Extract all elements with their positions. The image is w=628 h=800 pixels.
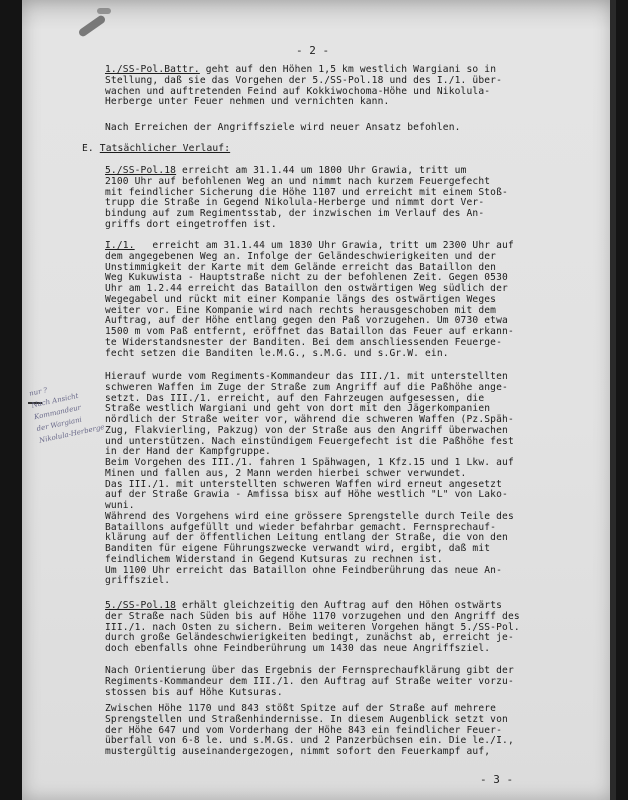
text-line: te Widerstandsnester der Banditen. Bei d… <box>105 337 502 348</box>
text-line: Während des Vorgehens wird eine grössere… <box>105 511 514 522</box>
text-line: dem angegebenen Weg an. Infolge der Gelä… <box>105 251 496 262</box>
text-line: überfall von 6-8 le. und s.M.Gs. und 2 P… <box>105 735 514 746</box>
page-number-top: - 2 - <box>296 44 329 57</box>
ink-smudge <box>77 14 106 38</box>
text-line: Bataillons aufgefüllt und wieder befahrb… <box>105 522 496 533</box>
text-line: Hierauf wurde vom Regiments-Kommandeur d… <box>105 371 508 382</box>
text-line: schweren Waffen im Zuge der Straße zum A… <box>105 382 508 393</box>
ink-smudge <box>97 8 111 14</box>
handwritten-margin-note: nur ?Nach AnsichtKommandeurder WargianiN… <box>28 373 109 446</box>
text-line: mustergültig auseinandergezogen, nimmt s… <box>105 746 490 757</box>
text-line: 1./SS-Pol.Battr. geht auf den Höhen 1,5 … <box>105 64 496 75</box>
text-line: doch ebenfalls ohne Feindberührung um 14… <box>105 643 490 654</box>
text-line: nördlich der Straße weiter vor, während … <box>105 414 514 425</box>
text-line: Minen und fallen aus, 2 Mann werden hier… <box>105 468 466 479</box>
text-line: feindlichem Widerstand in Gegend Kutsura… <box>105 554 443 565</box>
text-line: klärung auf der öffentlichen Leitung ent… <box>105 532 508 543</box>
text-line: in der Hand der Kampfgruppe. <box>105 446 271 457</box>
text-line: Nach Orientierung über das Ergebnis der … <box>105 665 514 676</box>
text-line: I./1. erreicht am 31.1.44 um 1830 Uhr Gr… <box>105 240 514 251</box>
text-line: Wegegabel und rückt mit einer Kompanie l… <box>105 294 496 305</box>
text-line: wachen und auftretenden Feind auf Kokkiw… <box>105 86 490 97</box>
text-line: Unstimmigkeit der Karte mit dem Gelände … <box>105 262 496 273</box>
unit-label: 5./SS-Pol.18 <box>105 600 176 611</box>
text-line: bindung auf zum Regimentsstab, der inzwi… <box>105 208 484 219</box>
text-line: Herberge unter Feuer nehmen und vernicht… <box>105 96 389 107</box>
text-line: Beim Vorgehen des III./1. fahren 1 Spähw… <box>105 457 514 468</box>
text-line: Uhr am 1.2.44 erreicht das Bataillon den… <box>105 283 508 294</box>
text-line: Das III./1. mit unterstellten schweren W… <box>105 479 502 490</box>
text-line: Weg Kukuwista - Hauptstraße nicht zu der… <box>105 272 508 283</box>
text-line: 5./SS-Pol.18 erhält gleichzeitig den Auf… <box>105 600 502 611</box>
text-line: 1500 m vom Paß entfernt, eröffnet das Ba… <box>105 326 514 337</box>
text-line: Stellung, daß sie das Vorgehen der 5./SS… <box>105 75 502 86</box>
text-line: wuni. <box>105 500 135 511</box>
text-line: durch große Geländeschwierigkeiten bedin… <box>105 632 514 643</box>
text-line: 5./SS-Pol.18 erreicht am 31.1.44 um 1800… <box>105 165 467 176</box>
text-line: Banditen für eigene Führungszwecke verwa… <box>105 543 490 554</box>
text-line: griffsziel. <box>105 575 170 586</box>
section-title: Tatsächlicher Verlauf: <box>100 143 230 154</box>
text-line: 2100 Uhr auf befohlenen Weg an und nimmt… <box>105 176 490 187</box>
text-line: Auftrag, auf der Höhe entlang gegen den … <box>105 315 508 326</box>
text-line: auf der Straße Grawia - Amfissa bisx auf… <box>105 489 508 500</box>
text-line: Sprengstellen und Straßenhindernisse. In… <box>105 714 508 725</box>
text-line: mit feindlicher Sicherung die Höhe 1107 … <box>105 187 508 198</box>
text-line: stossen bis auf Höhe Kutsuras. <box>105 687 283 698</box>
text-line: Zwischen Höhe 1170 und 843 stößt Spitze … <box>105 703 496 714</box>
text-line: und unterstützen. Nach einstündigem Feue… <box>105 436 514 447</box>
text-line: setzt. Das III./1. erreicht, auf den Fah… <box>105 393 484 404</box>
text-line: der Straße nach Süden bis auf Höhe 1170 … <box>105 611 520 622</box>
text-line: trupp die Straße in Gegend Nikolula-Herb… <box>105 197 484 208</box>
text-line: der Höhe 647 und vom Vorderhang der Höhe… <box>105 725 502 736</box>
text-line: Zug, Flakvierling, Pakzug) von der Straß… <box>105 425 508 436</box>
unit-label: I./1. <box>105 240 135 251</box>
unit-label: 1./SS-Pol.Battr. <box>105 64 200 75</box>
text-line: griffs dort eingetroffen ist. <box>105 219 277 230</box>
page-number-bottom: - 3 - <box>480 773 513 786</box>
section-letter: E. <box>82 143 100 154</box>
unit-label: 5./SS-Pol.18 <box>105 165 176 176</box>
text-line: III./1. nach Osten zu sichern. Beim weit… <box>105 622 520 633</box>
text-line: weiter vor. Eine Kompanie wird nach rech… <box>105 305 496 316</box>
text-line: fecht setzen die Banditen le.M.G., s.M.G… <box>105 348 449 359</box>
text-line: Straße westlich Wargiani und geht von do… <box>105 403 490 414</box>
text-line: Um 1100 Uhr erreicht das Bataillon ohne … <box>105 565 502 576</box>
text-line: Regiments-Kommandeur dem III./1. den Auf… <box>105 676 514 687</box>
section-heading: E. Tatsächlicher Verlauf: <box>82 143 230 154</box>
text-line: Nach Erreichen der Angriffsziele wird ne… <box>105 122 461 133</box>
